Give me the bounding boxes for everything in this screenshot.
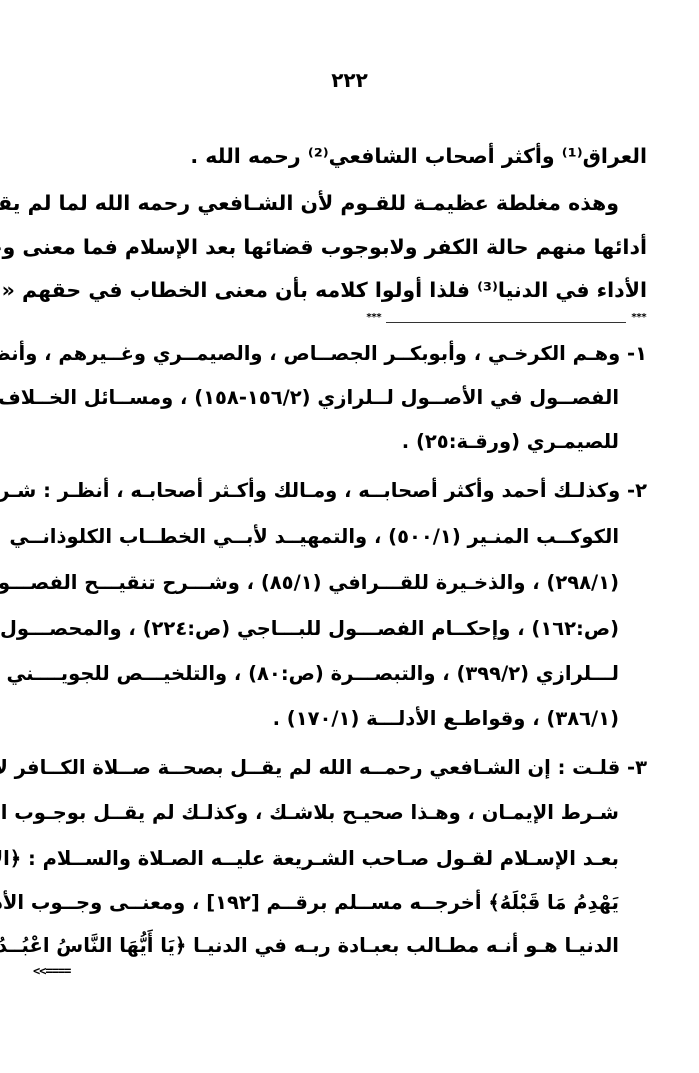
footnote-3-line-2: شـرط الإيمـان ، وهـذا صحيـح بلاشـك ، وكذ… [48,803,619,823]
book-page: ٢٢٢ العراق⁽¹⁾ وأكثر أصحاب الشافعي⁽²⁾ رحم… [0,0,699,1073]
body-line-1: العراق⁽¹⁾ وأكثر أصحاب الشافعي⁽²⁾ رحمه ال… [290,146,647,167]
footnote-1-line-3: للصيمـري (ورقـة:٢٥) . [300,432,619,452]
footnote-2-line-5: لـــلرازي (٣٩٩/٢) ، والتبصـــرة (ص:٨٠) ،… [48,664,619,684]
footnote-3-line-4: يَهْدِمُ مَا قَبْلَهُ﴾ أخرجــه مســلم بر… [48,893,619,913]
separator-rule [386,322,626,323]
page-number: ٢٢٢ [0,68,699,92]
footnote-2-line-1: ٢- وكذلـك أحمد وأكثر أصحابــه ، ومـالك و… [48,481,647,501]
separator-stars-left: *** [366,312,381,323]
footnote-3-line-1: ٣- قلـت : إن الشـافعي رحمــه الله لم يقـ… [48,758,647,778]
footnote-1-line-2: الفصــول في الأصــول لــلرازي (١٥٦/٢-١٥٨… [48,388,619,408]
body-line-4: الأداء في الدنيا⁽³⁾ فلذا أولوا كلامه بأن… [48,280,647,301]
continuation-arrow: <<==== [33,964,70,978]
footnote-3-line-3: بعـد الإسـلام لقـول صـاحب الشـريعة عليــ… [48,849,619,869]
footnote-2-line-6: (٣٨٦/١) ، وقواطـع الأدلـــة (١٧٠/١) . [290,709,619,729]
footnote-2-line-3: (٢٩٨/١) ، والذخـيرة للقـــرافي (٨٥/١) ، … [48,573,619,593]
footnote-3-line-5: الدنيـا هـو أنـه مطـالب بعبـادة ربـه في … [48,936,619,956]
body-line-3: أدائها منهم حالة الكفر ولابوجوب قضائها ب… [48,237,647,258]
footnote-1-line-1: ١- وهـم الكرخـي ، وأبوبكــر الجصــاص ، و… [48,344,647,364]
footnote-separator: *** *** [366,314,646,328]
separator-stars-right: *** [631,312,646,323]
footnote-2-line-4: (ص:١٦٢) ، وإحكــام الفصـــول للبـــاجي (… [48,619,619,639]
footnote-2-line-2: الكوكــب المنـير (٥٠٠/١) ، والتمهيــد لأ… [48,527,619,547]
body-line-2: وهذه مغلطة عظيمـة للقـوم لأن الشـافعي رح… [48,193,619,214]
